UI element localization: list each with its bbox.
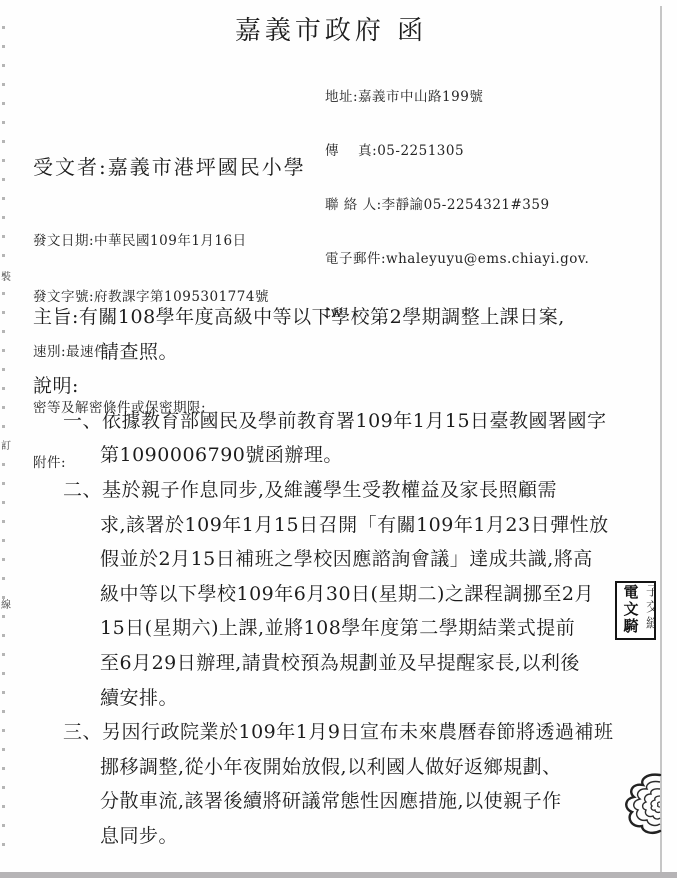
issue-date-line: 發文日期:中華民國109年1月16日 [33,232,269,251]
seam-stamp-left-column-text: 電文騎 [619,584,637,637]
contact-fax-line: 傳 真:05-2251305 [325,142,589,160]
item-2-line-2: 求,該署於109年1月15日召開「有關109年1月23日彈性放 [100,508,662,543]
half-wavy-seal-icon [620,772,662,836]
document-title: 嘉義市政府 函 [0,10,662,47]
item-2-line-4: 級中等以下學校109年6月30日(星期二)之課程調挪至2月 [100,577,662,612]
item-3-line-3: 分散車流,該署後續將研議常態性因應措施,以使親子作 [100,784,662,819]
letter-body: 主旨:有關108學年度高級中等以下學校第2學期調整上課日案, 請查照。 說明: … [0,300,662,854]
item-2-line-5: 15日(星期六)上課,並將108學年度第二學期結業式提前 [100,611,662,646]
item-2-line-3: 假並於2月15日補班之學校因應諮詢會議」達成共識,將高 [100,542,662,577]
subject-line-wrap: 請查照。 [100,335,662,370]
explanation-label: 說明: [33,369,662,404]
item-2-line-6: 至6月29日辦理,請貴校預為規劃並及早提醒家長,以利後 [100,646,662,681]
subject-line: 主旨:有關108學年度高級中等以下學校第2學期調整上課日案, [33,300,662,335]
scanned-official-letter: 裝 訂 線 嘉義市政府 函 地址:嘉義市中山路199號 傳 真:05-22513… [0,0,677,878]
electronic-exchange-seam-stamp: 電文騎 子交縫 [615,581,656,640]
item-1-line-2: 第1090006790號函辦理。 [100,438,662,473]
item-2-line-1: 二、基於親子作息同步,及維護學生受教權益及家長照顧需 [63,473,662,508]
recipient-line: 受文者:嘉義市港坪國民小學 [33,151,306,180]
item-2-line-7: 續安排。 [100,681,662,716]
item-3-line-2: 挪移調整,從小年夜開始放假,以利國人做好返鄉規劃、 [100,750,662,785]
item-1-line-1: 一、依據教育部國民及學前教育署109年1月15日臺教國署國字 [63,404,662,439]
contact-address-line: 地址:嘉義市中山路199號 [325,88,589,106]
seam-stamp-right-column-text: 子交縫 [640,584,656,637]
contact-email-line: 電子郵件:whaleyuyu@ems.chiayi.gov. [325,250,589,268]
item-3-line-4: 息同步。 [100,819,662,854]
contact-person-line: 聯 絡 人:李靜諭05-2254321#359 [325,196,589,214]
scan-bottom-bar [0,872,677,878]
item-3-line-1: 三、另因行政院業於109年1月9日宣布未來農曆春節將透過補班 [63,715,662,750]
binding-char-zhuang: 裝 [1,272,11,284]
